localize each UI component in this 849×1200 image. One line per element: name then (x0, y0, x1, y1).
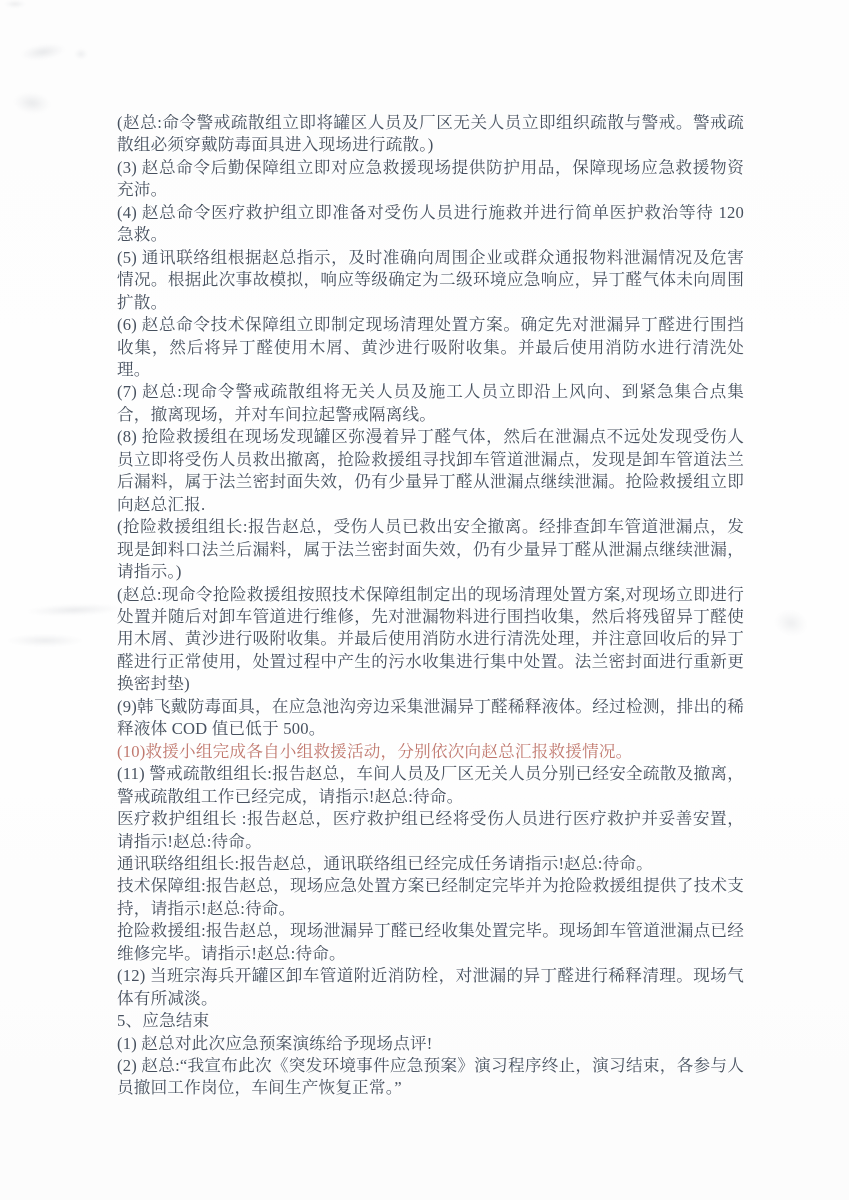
document-paragraph: (9)韩飞戴防毒面具，在应急池沟旁边采集泄漏异丁醛稀释液体。经过检测，排出的稀释… (117, 696, 744, 741)
document-paragraph: 技术保障组:报告赵总，现场应急处置方案已经制定完毕并为抢险救援组提供了技术支持，… (117, 875, 744, 920)
document-paragraph: (赵总:命令警戒疏散组立即将罐区人员及厂区无关人员立即组织疏散与警戒。警戒疏散组… (117, 112, 744, 157)
scan-smudge (19, 41, 67, 63)
scan-smudge (74, 48, 88, 60)
document-paragraph: (8) 抢险救援组在现场发现罐区弥漫着异丁醛气体，然后在泄漏点不远处发现受伤人员… (117, 426, 744, 516)
scanned-page: (赵总:命令警戒疏散组立即将罐区人员及厂区无关人员立即组织疏散与警戒。警戒疏散组… (0, 0, 849, 1200)
document-text: (赵总:命令警戒疏散组立即将罐区人员及厂区无关人员立即组织疏散与警戒。警戒疏散组… (117, 112, 744, 1100)
document-paragraph: (12) 当班宗海兵开罐区卸车管道附近消防栓，对泄漏的异丁醛进行稀释清理。现场气… (117, 965, 744, 1010)
document-paragraph: (1) 赵总对此次应急预案演练给予现场点评! (117, 1033, 744, 1055)
scan-smudge (4, 0, 26, 8)
scan-smudge (12, 90, 52, 116)
document-paragraph: (赵总:现命令抢险救援组按照技术保障组制定出的现场清理处置方案,对现场立即进行处… (117, 584, 744, 696)
document-paragraph: (10)救援小组完成各自小组救援活动，分别依次向赵总汇报救援情况。 (117, 741, 744, 763)
document-paragraph: (4) 赵总命令医疗救护组立即准备对受伤人员进行施救并进行简单医护救治等待 12… (117, 202, 744, 247)
document-paragraph: (3) 赵总命令后勤保障组立即对应急救援现场提供防护用品，保障现场应急救援物资充… (117, 157, 744, 202)
document-paragraph: 通讯联络组组长:报告赵总，通讯联络组已经完成任务请指示!赵总:待命。 (117, 853, 744, 875)
document-paragraph: 抢险救援组:报告赵总，现场泄漏异丁醛已经收集处置完毕。现场卸车管道泄漏点已经维修… (117, 920, 744, 965)
document-paragraph: (6) 赵总命令技术保障组立即制定现场清理处置方案。确定先对泄漏异丁醛进行围挡收… (117, 314, 744, 381)
document-paragraph: (5) 通讯联络组根据赵总指示，及时准确向周围企业或群众通报物料泄漏情况及危害情… (117, 247, 744, 314)
document-paragraph: (2) 赵总:“我宣布此次《突发环境事件应急预案》演习程序终止，演习结束，各参与… (117, 1055, 744, 1100)
scan-smudge (26, 602, 122, 617)
document-paragraph: 5、应急结束 (117, 1010, 744, 1032)
scan-smudge (771, 606, 810, 639)
document-paragraph: (抢险救援组组长:报告赵总，受伤人员已救出安全撤离。经排查卸车管道泄漏点，发现是… (117, 516, 744, 583)
document-paragraph: (11) 警戒疏散组组长:报告赵总，车间人员及厂区无关人员分别已经安全疏散及撤离… (117, 763, 744, 808)
document-paragraph: (7) 赵总:现命令警戒疏散组将无关人员及施工人员立即沿上风向、到紧急集合点集合… (117, 381, 744, 426)
scan-smudge (6, 634, 84, 647)
document-paragraph: 医疗救护组组长 :报告赵总，医疗救护组已经将受伤人员进行医疗救护并妥善安置，请指… (117, 808, 744, 853)
